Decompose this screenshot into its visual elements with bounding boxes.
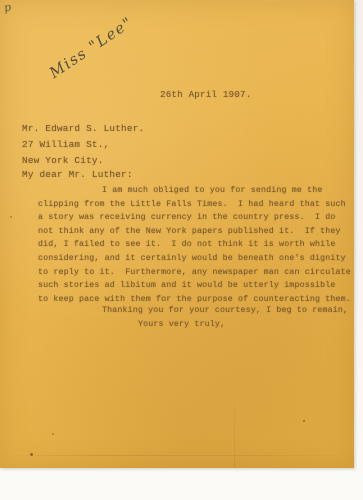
signoff-line: Yours very truly,	[138, 320, 225, 329]
handwritten-note: Miss "Lee"	[46, 13, 136, 82]
salutation: My dear Mr. Luther:	[22, 169, 133, 180]
pencil-corner-mark: p	[3, 0, 13, 14]
letter-paper: p Miss "Lee" 26th April 1907. Mr. Edward…	[0, 0, 354, 468]
text-line: to keep pace with them for the purpose o…	[38, 293, 351, 307]
scan-background: p Miss "Lee" 26th April 1907. Mr. Edward…	[0, 0, 363, 500]
text-line: did, I failed to see it. I do not think …	[38, 238, 351, 252]
text-line: to reply to it. Furthermore, any newspap…	[38, 266, 351, 280]
text-line: I am much obliged to you for sending me …	[38, 184, 351, 198]
paper-speck	[52, 433, 54, 435]
text-line: considering, and it certainly would be b…	[38, 252, 351, 266]
text-line: New York City.	[22, 153, 144, 169]
paper-speck	[10, 216, 12, 218]
text-line: a story was receiving currency in the co…	[38, 211, 351, 225]
closing-line: Thanking you for your courtesy, I beg to…	[102, 306, 348, 315]
text-line: such stories ad libitum and it would be …	[38, 279, 351, 293]
letter-date: 26th April 1907.	[160, 89, 251, 100]
paper-crease-horizontal	[0, 455, 354, 456]
text-line: not think any of the New York papers pub…	[38, 225, 351, 239]
text-line: Mr. Edward S. Luther.	[22, 121, 144, 137]
text-line: clipping from the Little Falls Times. I …	[38, 198, 351, 212]
paper-speck	[303, 420, 305, 422]
recipient-address: Mr. Edward S. Luther.27 William St.,New …	[22, 121, 144, 169]
letter-body: I am much obliged to you for sending me …	[38, 184, 351, 306]
text-line: 27 William St.,	[22, 137, 144, 153]
paper-crease-vertical	[234, 380, 235, 468]
